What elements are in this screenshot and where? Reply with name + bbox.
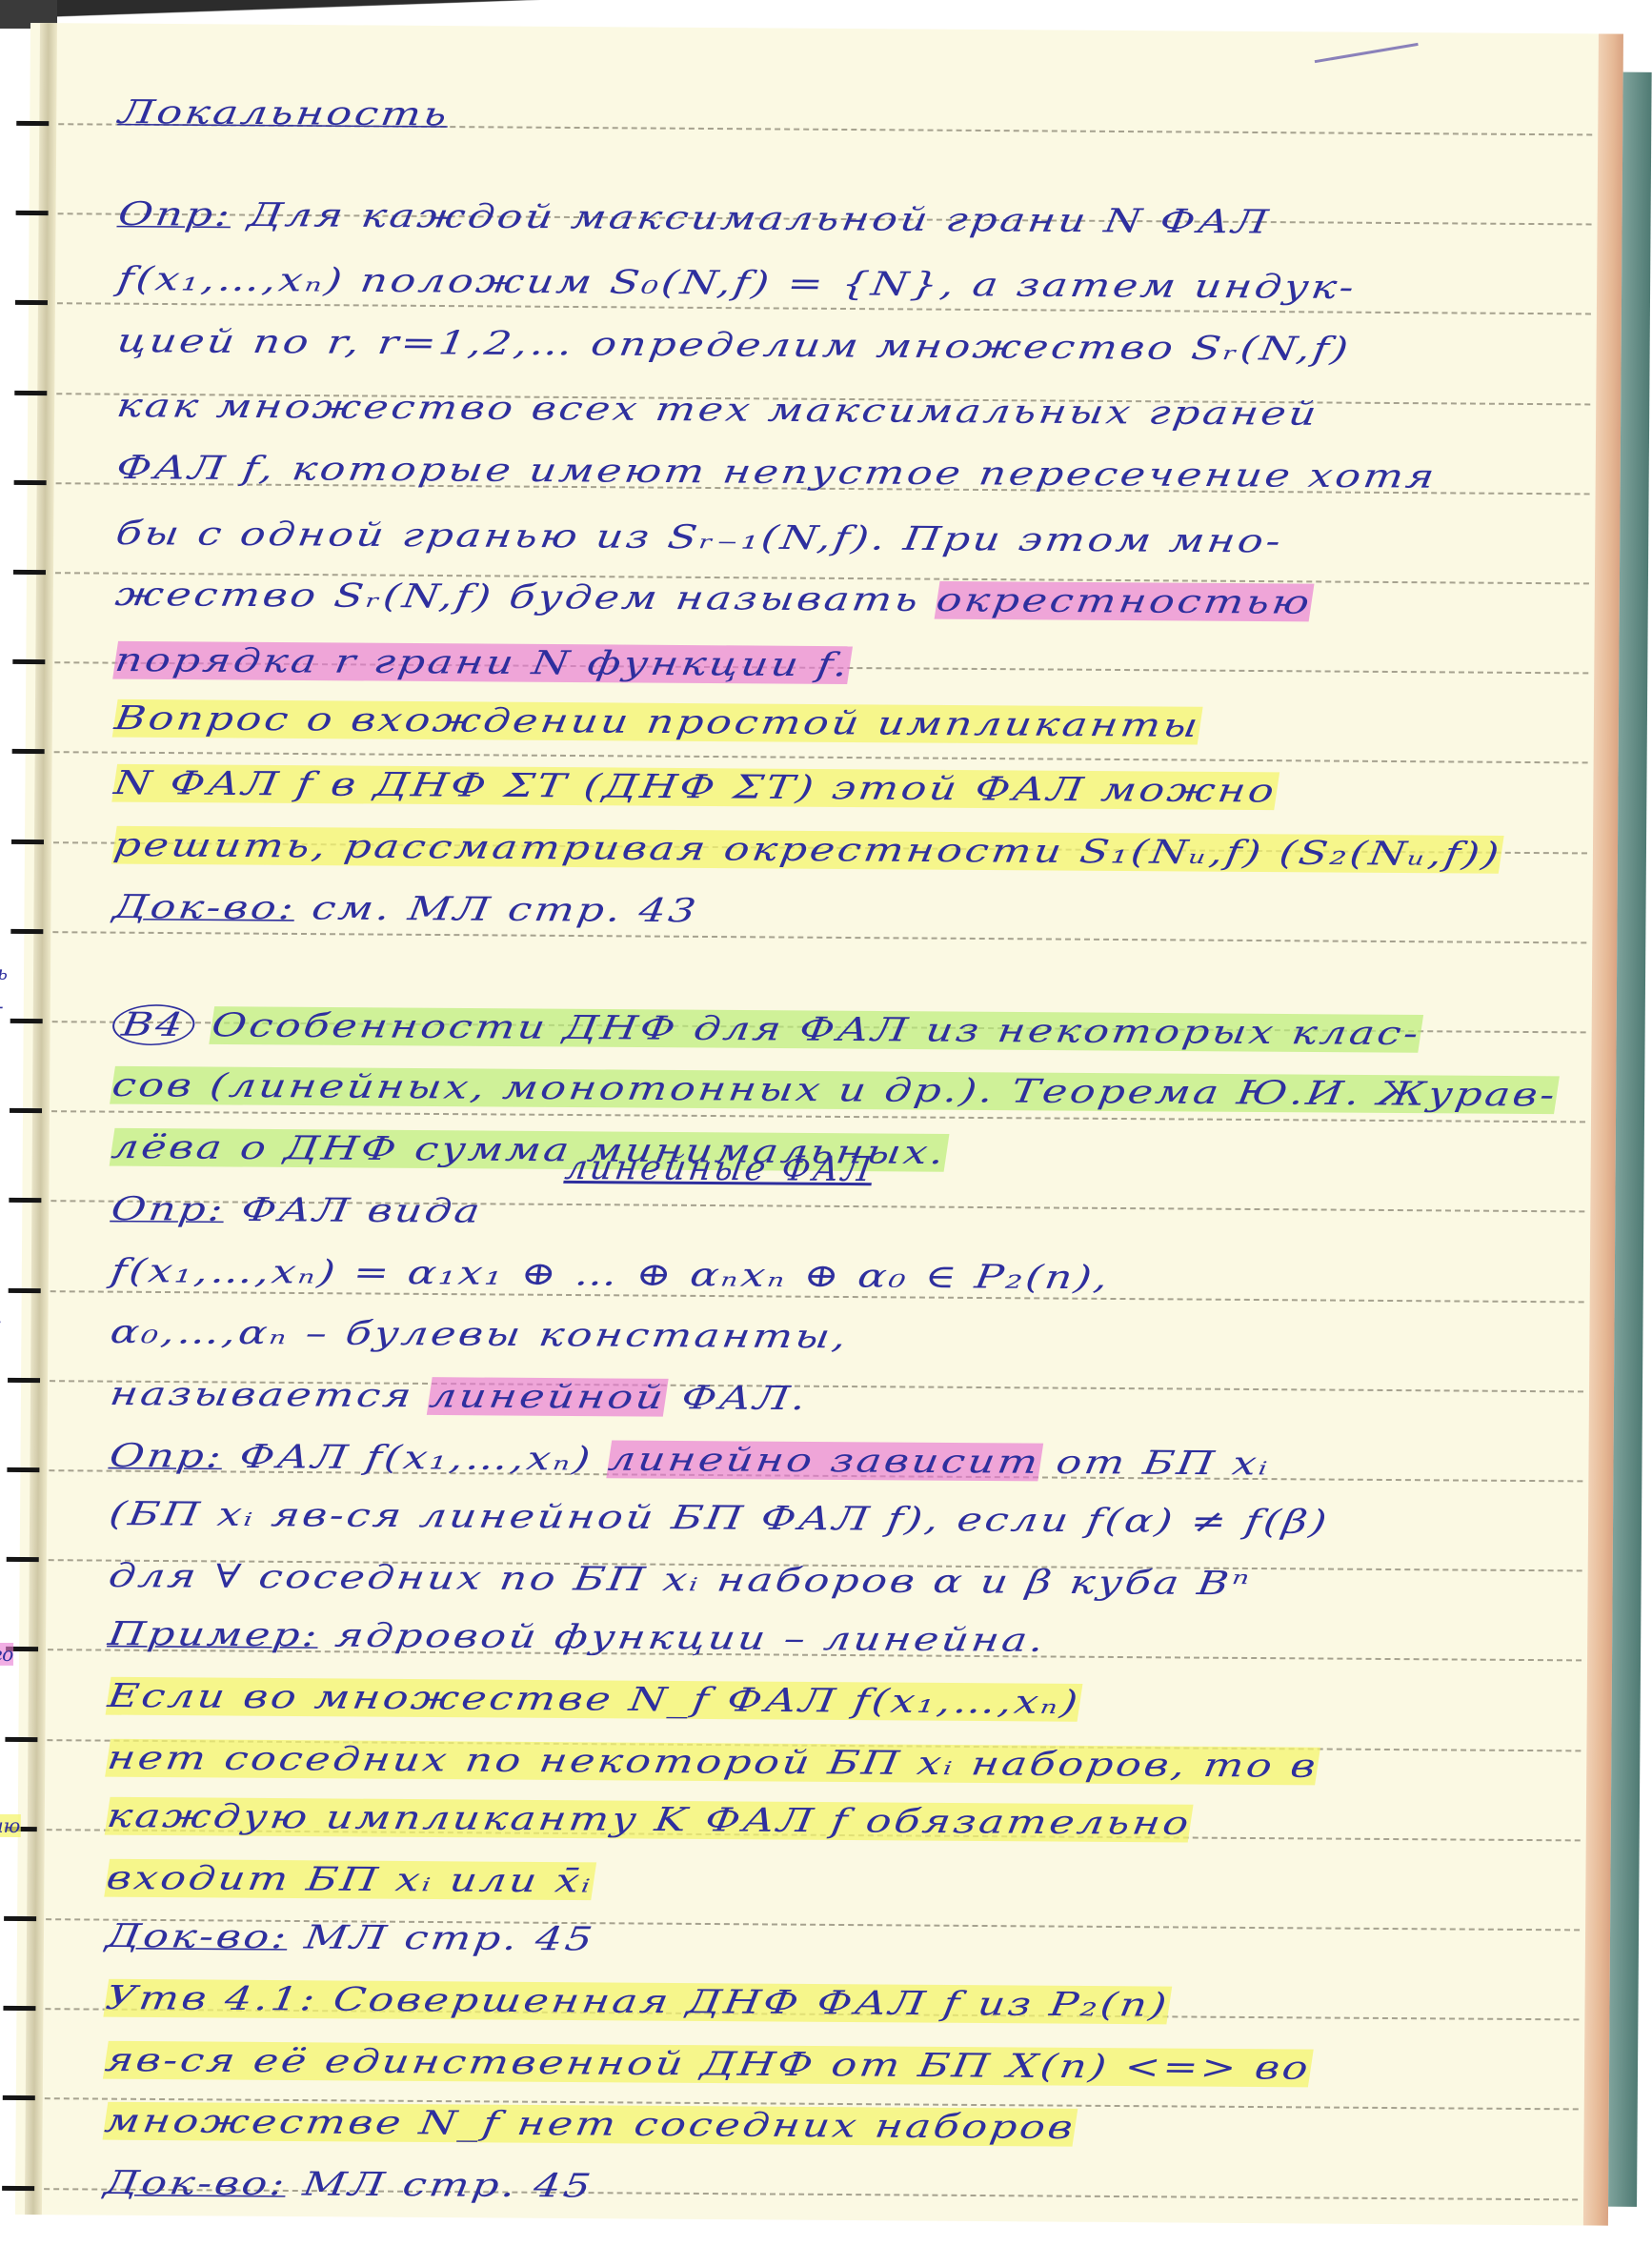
highlight-pink: линейно зависит xyxy=(606,1440,1043,1481)
margin-tick xyxy=(15,300,48,305)
margin-tick xyxy=(14,480,47,485)
highlight-pink: окрестностью xyxy=(934,581,1315,621)
note-line: Док-во: см. МЛ стр. 43 xyxy=(110,888,701,937)
page-heading: Локальность xyxy=(115,93,452,140)
note-text: называется xyxy=(108,1375,433,1415)
highlight-yellow: множестве N_f нет соседних наборов xyxy=(102,2102,1078,2147)
note-line: Утв 4.1: Совершенная ДНФ ФАЛ f из P₂(n) xyxy=(102,1979,1172,2032)
underlined-label: Опр: xyxy=(109,1190,228,1229)
margin-tick xyxy=(9,1287,41,1292)
underlined-label: Док-во: xyxy=(111,888,298,927)
note-line: Док-во: МЛ стр. 45 xyxy=(101,2164,595,2212)
margin-fragment: го xyxy=(0,1643,13,1666)
margin-tick xyxy=(2,2185,34,2190)
margin-fragment: ию xyxy=(0,1814,20,1837)
note-line: ФАЛ f, которые имеют непустое пересечени… xyxy=(113,449,1440,502)
highlight-yellow: Если во множестве N_f ФАЛ f(x₁,…,xₙ) xyxy=(106,1677,1083,1722)
note-text: бы с одной гранью из Sᵣ₋₁(N,f). При этом… xyxy=(113,514,1285,559)
highlight-pink: порядка r грани N функции f. xyxy=(112,641,853,684)
underlined-label: Пример: xyxy=(106,1615,322,1654)
note-line: Если во множестве N_f ФАЛ f(x₁,…,xₙ) xyxy=(105,1677,1083,1729)
margin-tick xyxy=(12,659,45,664)
note-line: порядка r грани N функции f. xyxy=(111,641,853,691)
note-line: каждую импликанту K ФАЛ f обязательно xyxy=(104,1797,1194,1850)
note-text: ФАЛ f, которые имеют непустое пересечени… xyxy=(114,449,1440,496)
margin-tick xyxy=(12,749,45,754)
note-line: Опр: Для каждой максимальной грани N ФАЛ xyxy=(114,195,1273,248)
highlight-yellow: Вопрос о вхождении простой импликанты xyxy=(112,699,1203,745)
margin-tick xyxy=(16,211,49,215)
note-line: N ФАЛ f в ДНФ ΣТ (ДНФ ΣТ) этой ФАЛ можно xyxy=(111,764,1279,817)
note-line: Опр: ФАЛ f(x₁,…,xₙ) линейно зависит от Б… xyxy=(106,1437,1273,1489)
highlight-yellow: яв-ся её единственной ДНФ от БП X(n) <=>… xyxy=(103,2040,1314,2087)
underlined-label: Док-во: xyxy=(104,1917,292,1956)
margin-tick xyxy=(10,1108,42,1113)
note-text: Для каждой максимальной грани N ФАЛ xyxy=(230,196,1273,241)
margin-fragment: - xyxy=(0,1309,1,1332)
note-line: f(x₁,…,xₙ) положим S₀(N,f) = {N}, а зате… xyxy=(114,260,1360,314)
margin-tick xyxy=(10,1019,43,1023)
highlight-yellow: Утв 4.1: Совершенная ДНФ ФАЛ f из P₂(n) xyxy=(103,1979,1171,2025)
note-line: α₀,…,αₙ – булевы константы, xyxy=(107,1313,851,1363)
margin-tick xyxy=(3,2095,35,2100)
highlight-yellow: каждую импликанту K ФАЛ f обязательно xyxy=(105,1797,1194,1843)
margin-tick xyxy=(4,1916,36,1921)
highlight-green: Особенности ДНФ для ФАЛ из некоторых кла… xyxy=(210,1007,1423,1054)
ruled-line xyxy=(54,752,1588,764)
note-line: жество Sᵣ(N,f) будем называть окрестност… xyxy=(112,576,1315,629)
note-text: МЛ стр. 45 xyxy=(284,2165,595,2205)
underlined-label: Опр: xyxy=(115,195,234,234)
margin-fragment: ь xyxy=(0,961,8,984)
note-line: нет соседних по некоторой БП xᵢ наборов,… xyxy=(104,1739,1320,1792)
highlight-yellow: нет соседних по некоторой БП xᵢ наборов,… xyxy=(105,1739,1320,1786)
question-number-badge: B4 xyxy=(110,1004,198,1045)
note-line: как множество всех тех максимальных гран… xyxy=(113,387,1321,440)
margin-tick xyxy=(13,570,46,575)
annotation-above: линейные ФАЛ xyxy=(563,1148,876,1189)
note-text: α₀,…,αₙ – булевы константы, xyxy=(108,1313,851,1356)
margin-tick xyxy=(11,839,44,843)
note-line: для ∀ соседних по БП xᵢ наборов α и β ку… xyxy=(105,1557,1254,1609)
highlight-yellow: N ФАЛ f в ДНФ ΣТ (ДНФ ΣТ) этой ФАЛ можно xyxy=(111,764,1279,810)
note-line: множестве N_f нет соседних наборов xyxy=(101,2102,1078,2154)
note-line: Док-во: МЛ стр. 45 xyxy=(103,1917,597,1965)
note-line: Опр: ФАЛ вида xyxy=(108,1190,485,1237)
margin-tick xyxy=(3,2006,35,2011)
margin-tick xyxy=(16,121,49,126)
highlight-pink: линейной xyxy=(427,1377,668,1416)
note-line: бы с одной гранью из Sᵣ₋₁(N,f). При этом… xyxy=(112,514,1286,566)
note-text: (БП xᵢ яв-ся линейной БП ФАЛ f), если f(… xyxy=(107,1495,1332,1542)
note-line: Пример: ядровой функции – линейна. xyxy=(105,1615,1049,1667)
note-text: f(x₁,…,xₙ) = α₁x₁ ⊕ … ⊕ αₙxₙ ⊕ α₀ ∈ P₂(n… xyxy=(109,1251,1114,1296)
note-text: от БП xᵢ xyxy=(1038,1444,1273,1483)
margin-tick xyxy=(5,1736,37,1741)
note-line: яв-ся её единственной ДНФ от БП X(n) <=>… xyxy=(102,2040,1314,2094)
note-line: входит БП xᵢ или x̄ᵢ xyxy=(103,1859,595,1907)
note-line: называется линейной ФАЛ. xyxy=(107,1375,811,1425)
margin-tick xyxy=(10,929,43,934)
highlight-yellow: решить, рассматривая окрестности S₁(Nᵤ,f… xyxy=(111,826,1504,874)
note-text: ФАЛ. xyxy=(663,1379,811,1418)
note-text: см. МЛ стр. 43 xyxy=(293,889,701,930)
note-text: для ∀ соседних по БП xᵢ наборов α и β ку… xyxy=(106,1557,1254,1603)
note-text: f(x₁,…,xₙ) положим S₀(N,f) = {N}, а зате… xyxy=(115,260,1360,307)
note-text: ядровой функции – линейна. xyxy=(316,1617,1048,1660)
margin-tick xyxy=(14,390,47,395)
margin-tick xyxy=(7,1467,39,1472)
highlight-yellow: входит БП xᵢ или x̄ᵢ xyxy=(104,1859,595,1900)
margin-tick xyxy=(9,1198,41,1203)
note-text: ФАЛ вида xyxy=(223,1190,485,1230)
underlined-label: Опр: xyxy=(107,1437,226,1476)
margin-fragment: - xyxy=(0,995,4,1018)
note-line: f(x₁,…,xₙ) = α₁x₁ ⊕ … ⊕ αₙxₙ ⊕ α₀ ∈ P₂(n… xyxy=(108,1251,1114,1303)
note-text: как множество всех тех максимальных гран… xyxy=(114,387,1321,434)
note-line: (БП xᵢ яв-ся линейной БП ФАЛ f), если f(… xyxy=(106,1495,1332,1548)
margin-tick xyxy=(7,1557,39,1562)
note-line: Вопрос о вхождении простой импликанты xyxy=(111,699,1203,752)
note-text: ФАЛ f(x₁,…,xₙ) xyxy=(221,1438,612,1479)
margin-tick xyxy=(8,1378,40,1383)
note-line: цией по r, r=1,2,… определим множество S… xyxy=(113,322,1353,375)
note-text: цией по r, r=1,2,… определим множество S… xyxy=(115,322,1354,369)
notebook-page: Локальность Опр: Для каждой максимальной… xyxy=(15,23,1623,2226)
note-text: жество Sᵣ(N,f) будем называть xyxy=(113,576,939,619)
note-text: МЛ стр. 45 xyxy=(286,1918,597,1958)
underlined-label: Док-во: xyxy=(102,2164,290,2203)
